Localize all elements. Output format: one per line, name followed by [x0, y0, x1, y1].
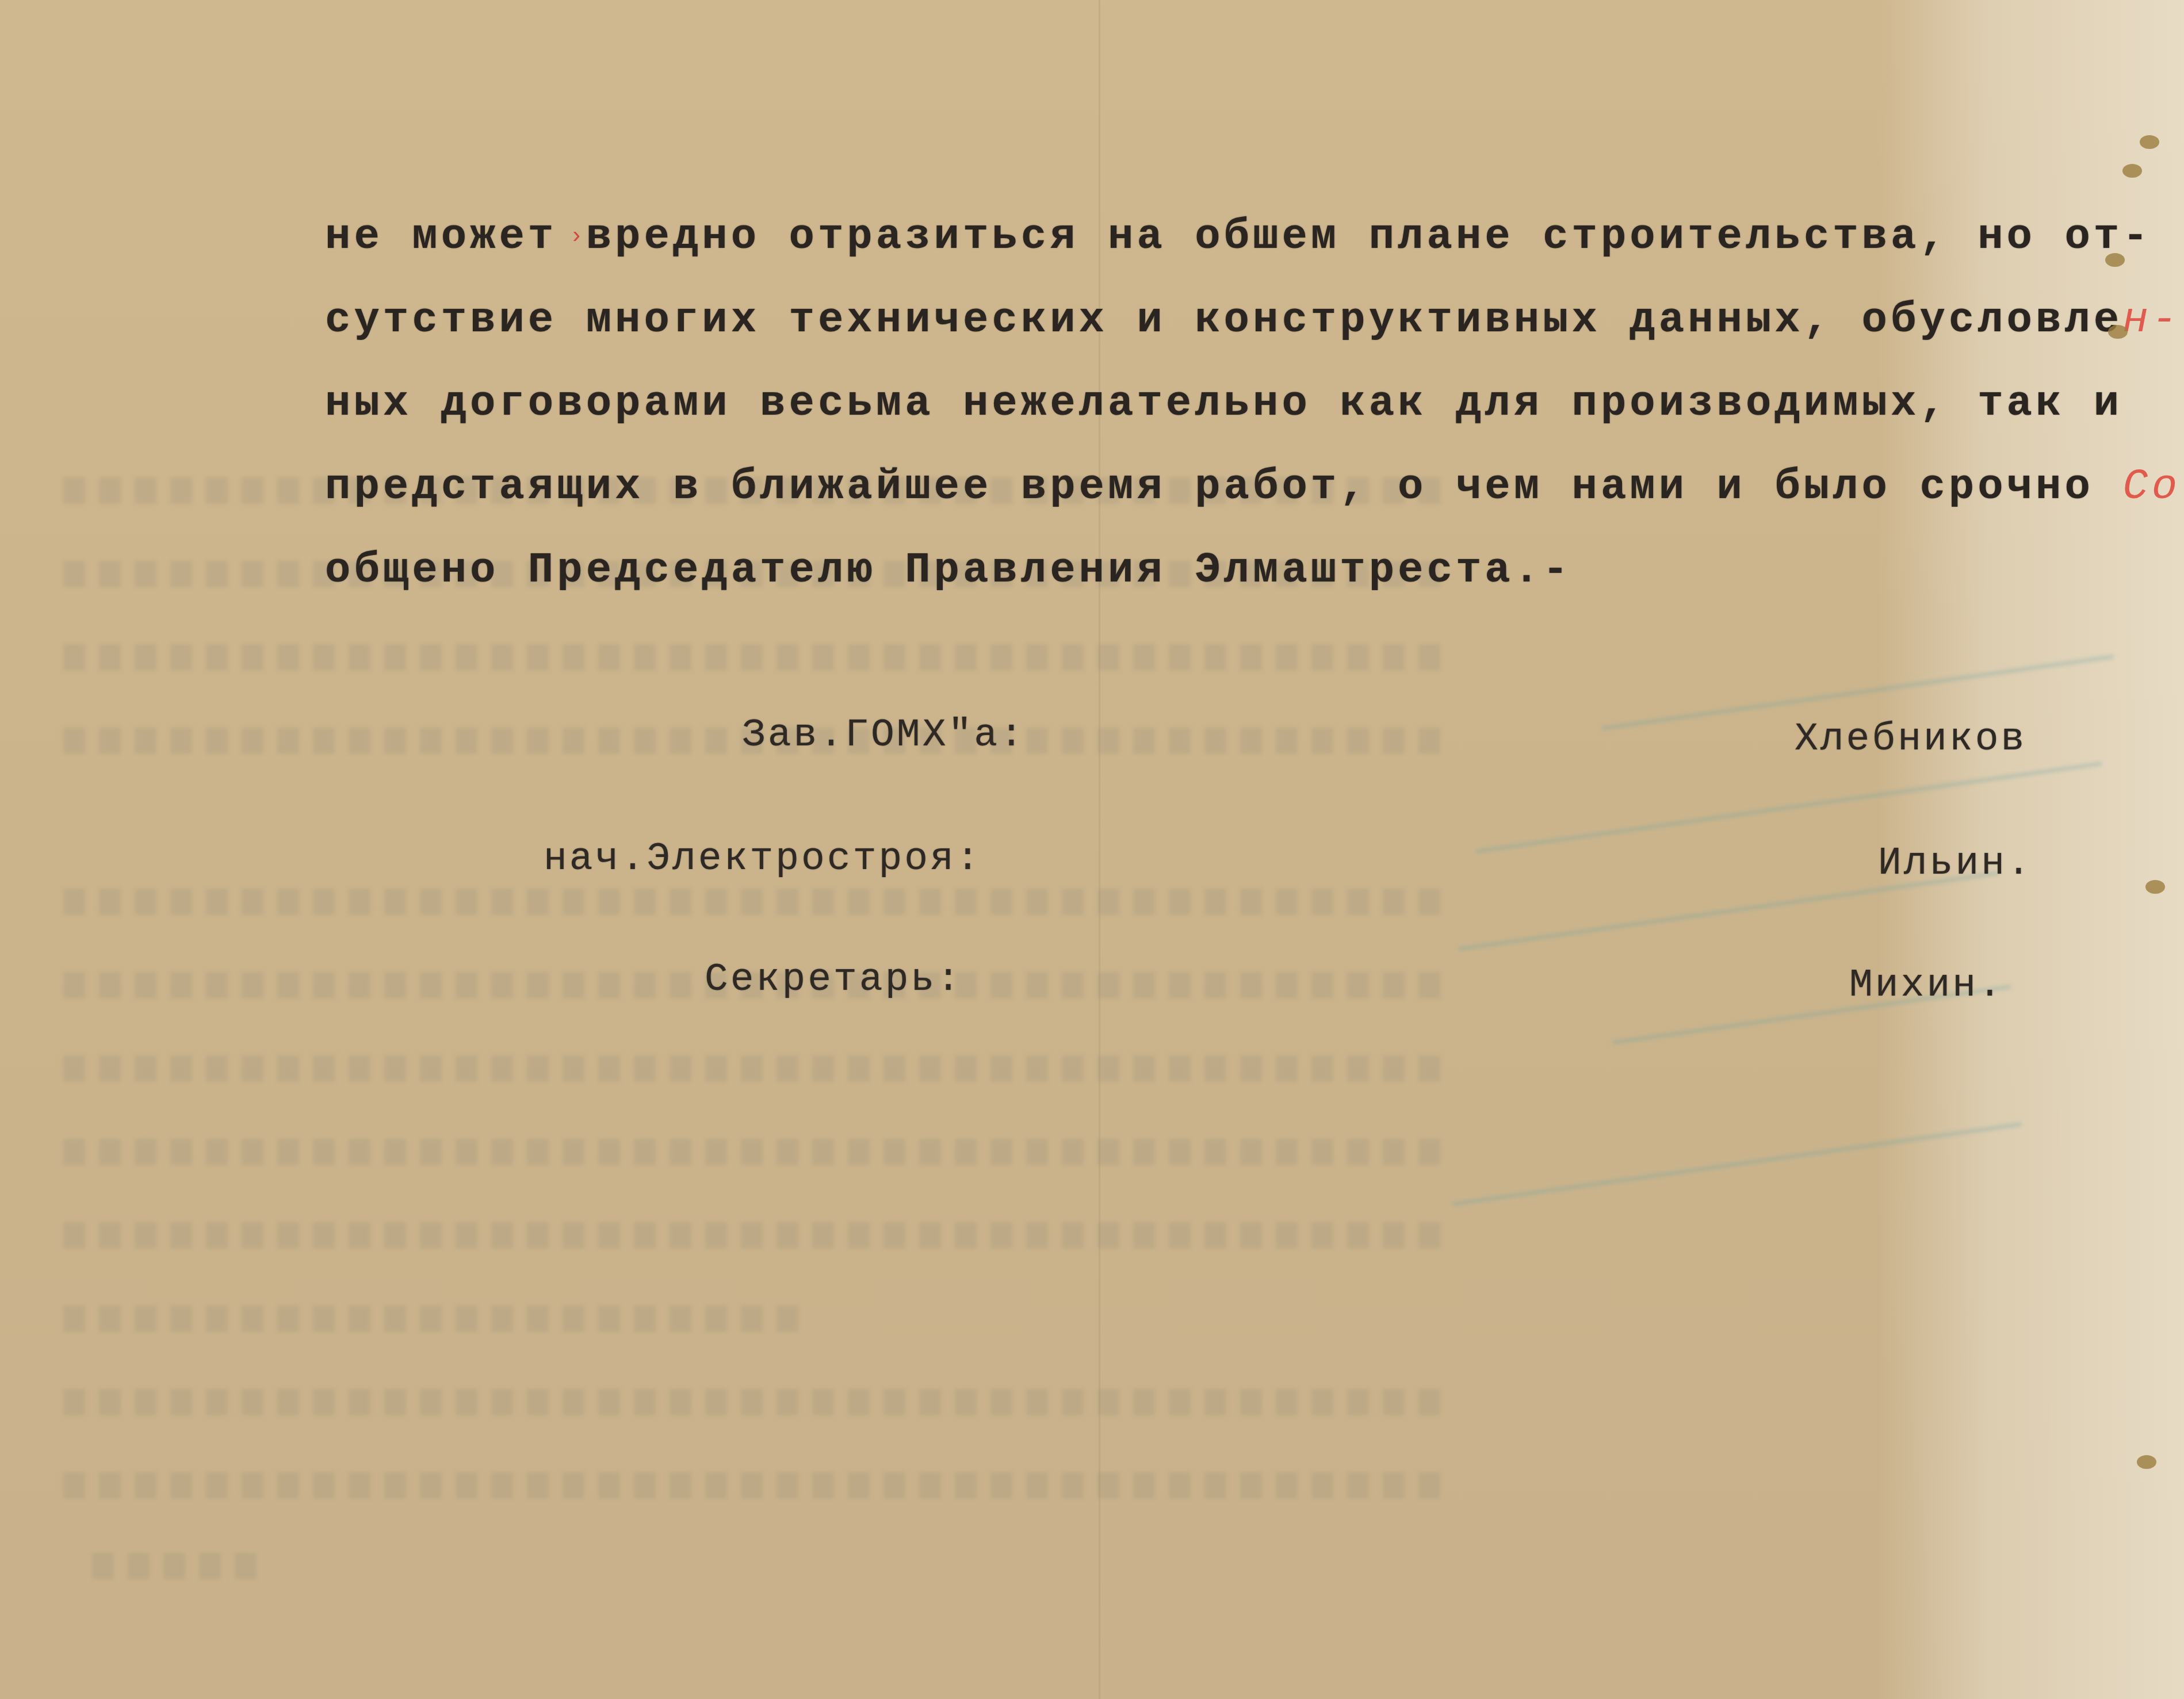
signature-title: Секретарь: [705, 961, 962, 1000]
bleed-through [63, 1222, 1444, 1249]
binding-hole [2140, 135, 2159, 149]
handwritten-correction: н- [2122, 296, 2181, 345]
bleed-through [63, 1472, 1444, 1499]
body-line-2: сутствие многих технических и конструкти… [325, 299, 2181, 342]
body-line-5: общено Председателю Правления Элмаштрест… [325, 549, 1572, 592]
binding-hole [2145, 880, 2165, 894]
bleed-through [63, 889, 1444, 915]
binding-hole [2122, 164, 2142, 178]
red-correction-mark: › [569, 224, 583, 250]
document-page: не может вредно отразиться на обшем план… [0, 0, 2184, 1699]
body-line-3: ных договорами весьма нежелательно как д… [325, 382, 2122, 425]
signature-name: Ильин. [1878, 844, 2033, 883]
handwritten-correction: Со- [2122, 463, 2184, 511]
signature-name: Михин. [1849, 966, 2004, 1005]
bleed-through [63, 1306, 811, 1332]
body-line-4: предстаящих в ближайшее время работ, о ч… [325, 466, 2184, 508]
binding-hole [2108, 325, 2128, 339]
binding-hole [2137, 1455, 2156, 1469]
pencil-bleed [1475, 761, 2102, 854]
signature-title: нач.Электростроя: [544, 840, 982, 879]
bleed-through [63, 644, 1444, 671]
body-line-1: не может вредно отразиться на обшем план… [325, 216, 2152, 258]
pencil-bleed [1452, 1122, 2022, 1206]
bleed-through [63, 1139, 1444, 1165]
signature-title: Зав.ГОМХ"а: [742, 716, 1026, 755]
bleed-through [63, 1389, 1444, 1415]
binding-hole [2105, 253, 2125, 267]
bleed-through [63, 1055, 1444, 1082]
signature-name: Хлебников [1795, 720, 2026, 759]
bleed-through [92, 1553, 265, 1579]
